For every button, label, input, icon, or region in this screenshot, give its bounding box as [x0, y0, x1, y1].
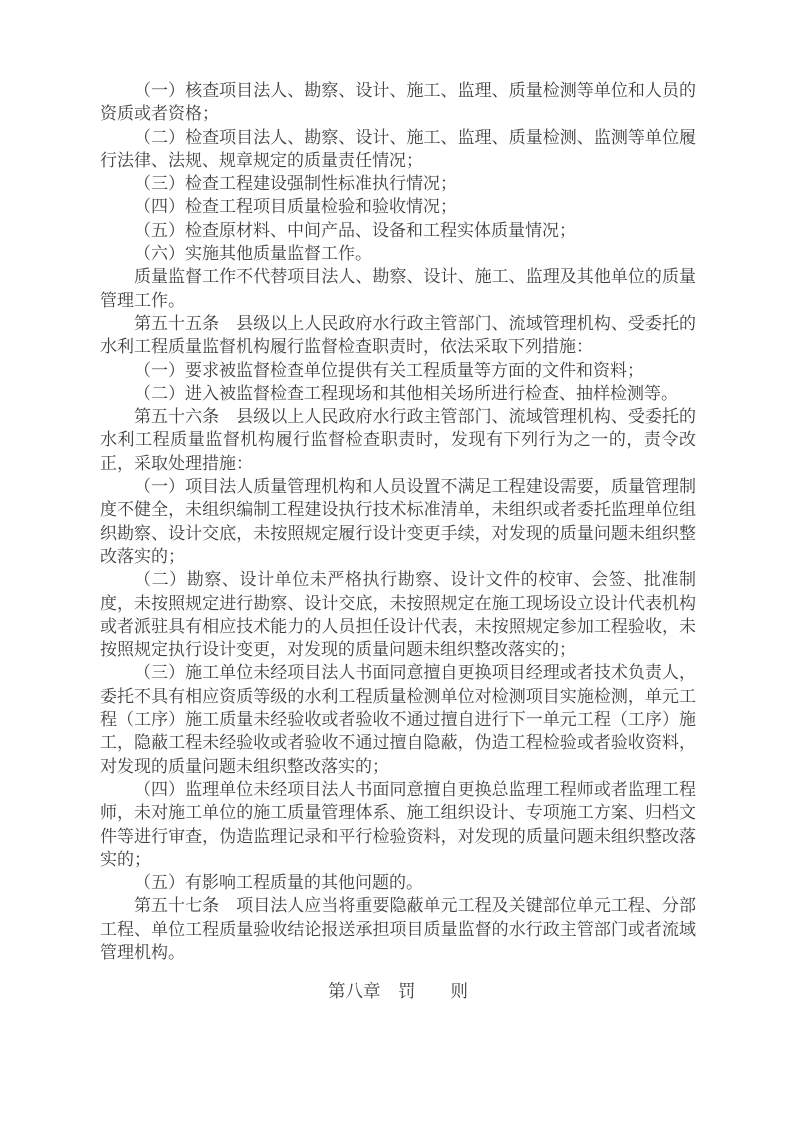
paragraph: （二）进入被监督检查工程现场和其他相关场所进行检查、抽样检测等。 [100, 382, 696, 405]
paragraph: （四）监理单位未经项目法人书面同意擅自更换总监理工程师或者监理工程师，未对施工单… [100, 778, 696, 871]
paragraph: （二）检查项目法人、勘察、设计、施工、监理、质量检测、监测等单位履行法律、法规、… [100, 126, 696, 173]
paragraph: 质量监督工作不代替项目法人、勘察、设计、施工、监理及其他单位的质量管理工作。 [100, 265, 696, 312]
paragraph: （一）核查项目法人、勘察、设计、施工、监理、质量检测等单位和人员的资质或者资格； [100, 79, 696, 126]
document-page: （一）核查项目法人、勘察、设计、施工、监理、质量检测等单位和人员的资质或者资格；… [0, 0, 793, 1122]
paragraph: （五）检查原材料、中间产品、设备和工程实体质量情况； [100, 219, 696, 242]
paragraph: （一）要求被监督检查单位提供有关工程质量等方面的文件和资料； [100, 359, 696, 382]
paragraph: （五）有影响工程质量的其他问题的。 [100, 871, 696, 894]
paragraph: （二）勘察、设计单位未严格执行勘察、设计文件的校审、会签、批准制度，未按照规定进… [100, 568, 696, 661]
chapter-heading: 第八章 罚 则 [100, 980, 696, 1003]
paragraph: （四）检查工程项目质量检验和验收情况； [100, 195, 696, 218]
paragraph: （一）项目法人质量管理机构和人员设置不满足工程建设需要，质量管理制度不健全，未组… [100, 475, 696, 568]
paragraph: 第五十五条 县级以上人民政府水行政主管部门、流域管理机构、受委托的水利工程质量监… [100, 312, 696, 359]
document-body: （一）核查项目法人、勘察、设计、施工、监理、质量检测等单位和人员的资质或者资格；… [100, 79, 696, 964]
paragraph: （三）检查工程建设强制性标准执行情况； [100, 172, 696, 195]
paragraph: 第五十六条 县级以上人民政府水行政主管部门、流域管理机构、受委托的水利工程质量监… [100, 405, 696, 475]
paragraph: 第五十七条 项目法人应当将重要隐蔽单元工程及关键部位单元工程、分部工程、单位工程… [100, 894, 696, 964]
paragraph: （六）实施其他质量监督工作。 [100, 242, 696, 265]
paragraph: （三）施工单位未经项目法人书面同意擅自更换项目经理或者技术负责人，委托不具有相应… [100, 661, 696, 777]
